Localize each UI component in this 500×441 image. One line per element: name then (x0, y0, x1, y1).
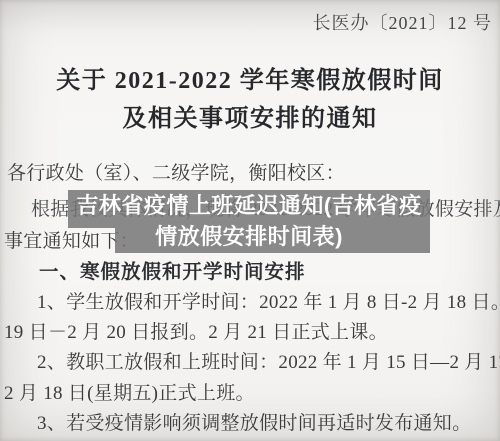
item2-line2: 2 月 18 日(星期五)正式上班。 (4, 383, 255, 405)
overlay-caption-line2: 情放假安排时间表) (60, 221, 438, 252)
item3-line: 3、若受疫情影响须调整放假时间再适时发布通知。 (37, 413, 471, 435)
item2-line1: 2、教职工放假和上班时间：2022 年 1 月 15 日—2 月 17 日。 (37, 352, 500, 374)
document-title-line1: 关于 2021-2022 学年寒假放假时间 (0, 60, 500, 95)
overlay-caption-line1: 吉林省疫情上班延迟通知(吉林省疫 (60, 190, 438, 221)
salutation: 各行政处（室）、二级学院，衡阳校区： (7, 163, 345, 185)
document-photo: 长医办〔2021〕12 号 关于 2021-2022 学年寒假放假时间 及相关事… (0, 0, 500, 441)
document-number: 长医办〔2021〕12 号 (313, 9, 493, 35)
item1-line1: 1、学生放假和开学时间：2022 年 1 月 8 日-2 月 18 日。2 月 (37, 292, 500, 314)
item1-line2: 19 日－2 月 20 日报到。2 月 21 日正式上课。 (4, 322, 388, 344)
section-heading: 一、寒假放假和开学时间安排 (39, 261, 306, 283)
overlay-caption: 吉林省疫情上班延迟通知(吉林省疫 情放假安排时间表) (60, 190, 438, 252)
document-title-line2: 及相关事项安排的通知 (0, 98, 500, 133)
